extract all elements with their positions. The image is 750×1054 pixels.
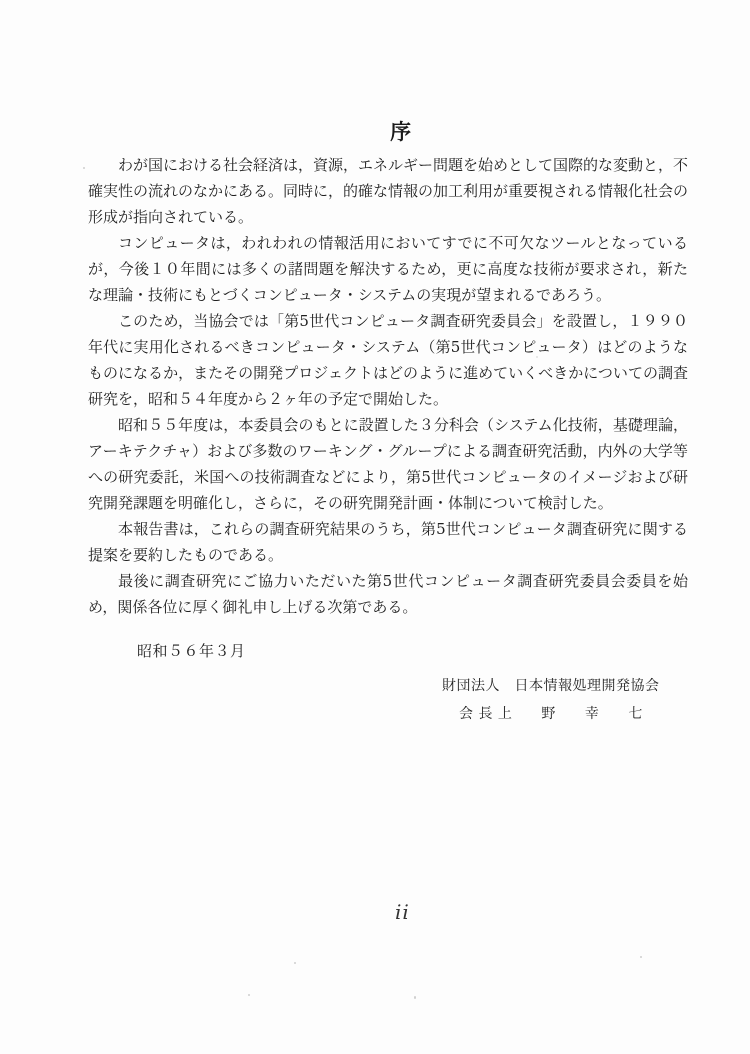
body-paragraph: コンピュータは，われわれの情報活用においてすでに不可欠なツールとなっているが，今… <box>88 230 688 308</box>
scan-speck <box>83 167 85 169</box>
document-body: わが国における社会経済は，資源，エネルギー問題を始めとして国際的な変動と，不確実… <box>88 152 688 620</box>
signature-organization: 財団法人 日本情報処理開発協会 <box>442 675 660 695</box>
scan-speck <box>294 962 296 964</box>
date-line: 昭和５６年３月 <box>137 640 246 661</box>
body-paragraph: 本報告書は，これらの調査研究結果のうち，第5世代コンピュータ調査研究に関する提案… <box>88 516 688 568</box>
body-paragraph: このため，当協会では「第5世代コンピュータ調査研究委員会」を設置し，１９９０年代… <box>88 308 688 412</box>
body-paragraph: 昭和５５年度は，本委員会のもとに設置した３分科会（システム化技術，基礎理論，アー… <box>88 412 688 516</box>
body-paragraph: 最後に調査研究にご協力いただいた第5世代コンピュータ調査研究委員会委員を始め，関… <box>88 568 688 620</box>
body-paragraph: わが国における社会経済は，資源，エネルギー問題を始めとして国際的な変動と，不確実… <box>88 152 688 230</box>
scan-speck <box>640 956 642 958</box>
signature-president: 会 長 上 野 幸 七 <box>459 703 643 723</box>
scan-speck <box>414 996 416 999</box>
document-page: 序 わが国における社会経済は，資源，エネルギー問題を始めとして国際的な変動と，不… <box>0 0 750 1054</box>
scan-speck <box>248 994 250 996</box>
page-number: ii <box>395 900 410 924</box>
scan-speck <box>536 356 538 358</box>
page-title: 序 <box>390 116 412 146</box>
